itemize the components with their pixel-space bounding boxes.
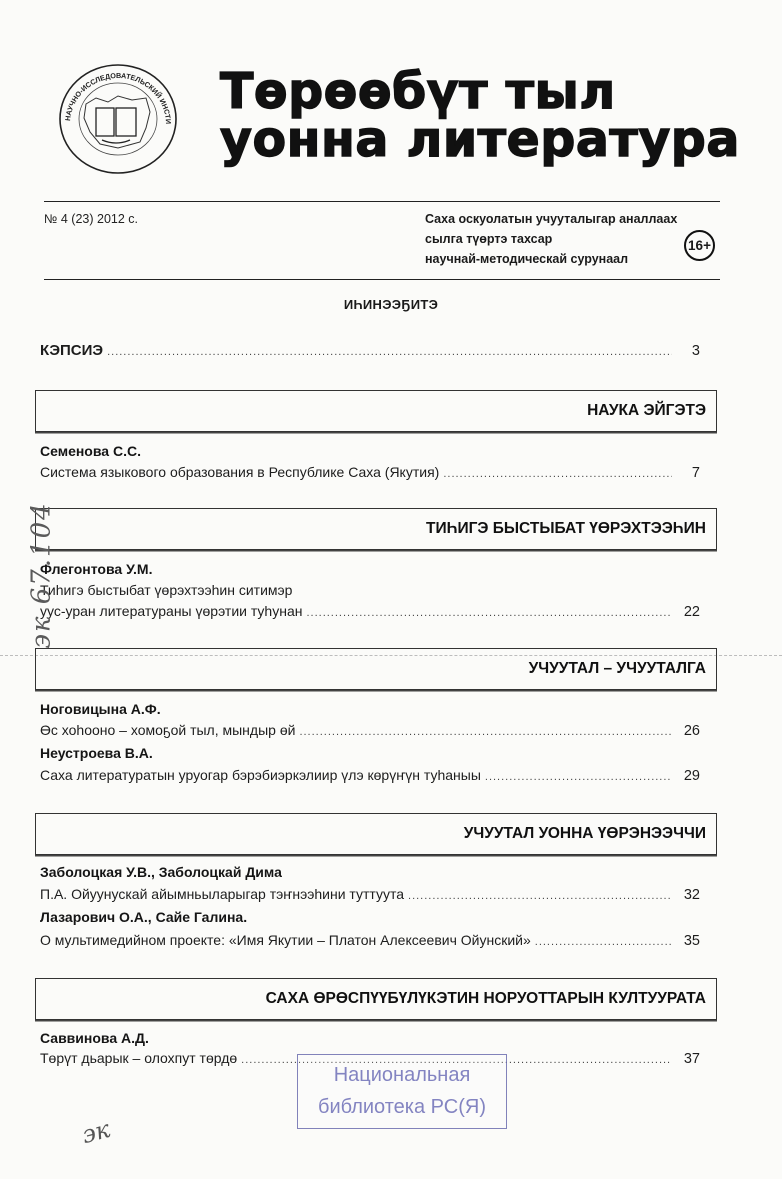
institute-logo-icon: НАУЧНО-ИССЛЕДОВАТЕЛЬСКИЙ ИНСТИТУТ НАЦИОН… bbox=[56, 62, 180, 177]
page-number: 22 bbox=[678, 604, 700, 620]
leader-dots bbox=[535, 936, 672, 948]
entry-title: Өс хоһооно – хомоҕой тыл, мындыр өй bbox=[40, 722, 295, 738]
toc-entry[interactable]: П.А. Ойуунускай айымньыларыгар тэҥнээһин… bbox=[40, 886, 700, 903]
leader-dots bbox=[306, 607, 672, 619]
entry-title: уус-уран литератураны үөрэтии туһунан bbox=[40, 603, 302, 619]
entry-author: Саввинова А.Д. bbox=[40, 1030, 149, 1046]
entry-author: Лазарович О.А., Сайе Галина. bbox=[40, 909, 247, 925]
entry-author: Неустроева В.А. bbox=[40, 745, 153, 761]
entry-title: П.А. Ойуунускай айымньыларыгар тэҥнээһин… bbox=[40, 886, 404, 902]
entry-author: Заболоцкая У.В., Заболоцкай Дима bbox=[40, 864, 282, 880]
section-heading-nauka: НАУКА ЭЙГЭТЭ bbox=[35, 390, 717, 432]
library-stamp: Национальная библиотека РС(Я) bbox=[297, 1054, 507, 1129]
entry-author: Семенова С.С. bbox=[40, 443, 141, 459]
leader-dots bbox=[443, 468, 672, 480]
age-rating-badge: 16+ bbox=[684, 230, 715, 261]
toc-entry[interactable]: Өс хоһооно – хомоҕой тыл, мындыр өй 26 bbox=[40, 722, 700, 739]
page-number: 35 bbox=[678, 933, 700, 949]
toc-entry-label: КЭПСИЭ bbox=[40, 342, 103, 359]
entry-title: О мультимедийном проекте: «Имя Якутии – … bbox=[40, 932, 531, 948]
page-number: 3 bbox=[678, 343, 700, 359]
header-top-rule bbox=[44, 201, 720, 202]
leader-dots bbox=[107, 346, 672, 358]
toc-entry[interactable]: О мультимедийном проекте: «Имя Якутии – … bbox=[40, 932, 700, 949]
toc-entry[interactable]: уус-уран литератураны үөрэтии туһунан 22 bbox=[40, 603, 700, 620]
page-number: 29 bbox=[678, 768, 700, 784]
leader-dots bbox=[299, 726, 672, 738]
toc-entry[interactable]: Саха литературатын уруогар бэрэбиэркэлии… bbox=[40, 767, 700, 784]
entry-author: Флегонтова У.М. bbox=[40, 561, 152, 577]
leader-dots bbox=[408, 890, 672, 902]
entry-title: Саха литературатын уруогар бэрэбиэркэлии… bbox=[40, 767, 481, 783]
description-line-2: сылга түөртэ тахсар bbox=[425, 229, 677, 249]
header-bottom-rule bbox=[44, 279, 720, 280]
journal-title: Төрөөбүт тыл уонна литература bbox=[220, 68, 720, 164]
entry-author: Ноговицына А.Ф. bbox=[40, 701, 161, 717]
toc-entry-intro[interactable]: КЭПСИЭ 3 bbox=[40, 342, 700, 359]
journal-title-line-2: уонна литература bbox=[220, 116, 720, 164]
page-number: 32 bbox=[678, 887, 700, 903]
section-heading-teacher-to-teacher: УЧУУТАЛ – УЧУУТАЛГА bbox=[35, 648, 717, 690]
stamp-line-2: библиотека РС(Я) bbox=[298, 1091, 506, 1123]
page-number: 26 bbox=[678, 723, 700, 739]
journal-description: Саха оскуолатын учууталыгар аналлаах сыл… bbox=[425, 209, 677, 269]
description-line-1: Саха оскуолатын учууталыгар аналлаах bbox=[425, 209, 677, 229]
toc-entry[interactable]: Система языкового образования в Республи… bbox=[40, 464, 700, 481]
section-heading-cultures: САХА ӨРӨСПҮҮБҮЛҮКЭТИН НОРУОТТАРЫН КУЛТУУ… bbox=[35, 978, 717, 1020]
journal-title-line-1: Төрөөбүт тыл bbox=[220, 68, 720, 116]
page-number: 7 bbox=[678, 465, 700, 481]
stamp-line-1: Национальная bbox=[298, 1059, 506, 1091]
handwritten-signature: эк bbox=[79, 1115, 113, 1149]
entry-title-line[interactable]: Тиһигэ быстыбат үөрэхтээһин ситимэр bbox=[40, 582, 292, 598]
toc-title: ИҺИНЭЭҔИТЭ bbox=[0, 297, 782, 312]
description-line-3: научнай-методическай сурунаал bbox=[425, 249, 677, 269]
page-number: 37 bbox=[678, 1051, 700, 1067]
entry-title: Төрүт дьарык – олохпут төрдө bbox=[40, 1050, 237, 1066]
leader-dots bbox=[485, 771, 672, 783]
handwritten-margin-note: эк 67.104 bbox=[27, 501, 57, 648]
entry-title: Система языкового образования в Республи… bbox=[40, 464, 439, 480]
section-heading-teacher-and-student: УЧУУТАЛ УОННА ҮӨРЭНЭЭЧЧИ bbox=[35, 813, 717, 855]
issue-number: № 4 (23) 2012 с. bbox=[44, 212, 138, 226]
section-heading-lifelong-learning: ТИҺИГЭ БЫСТЫБАТ ҮӨРЭХТЭЭҺИН bbox=[35, 508, 717, 550]
